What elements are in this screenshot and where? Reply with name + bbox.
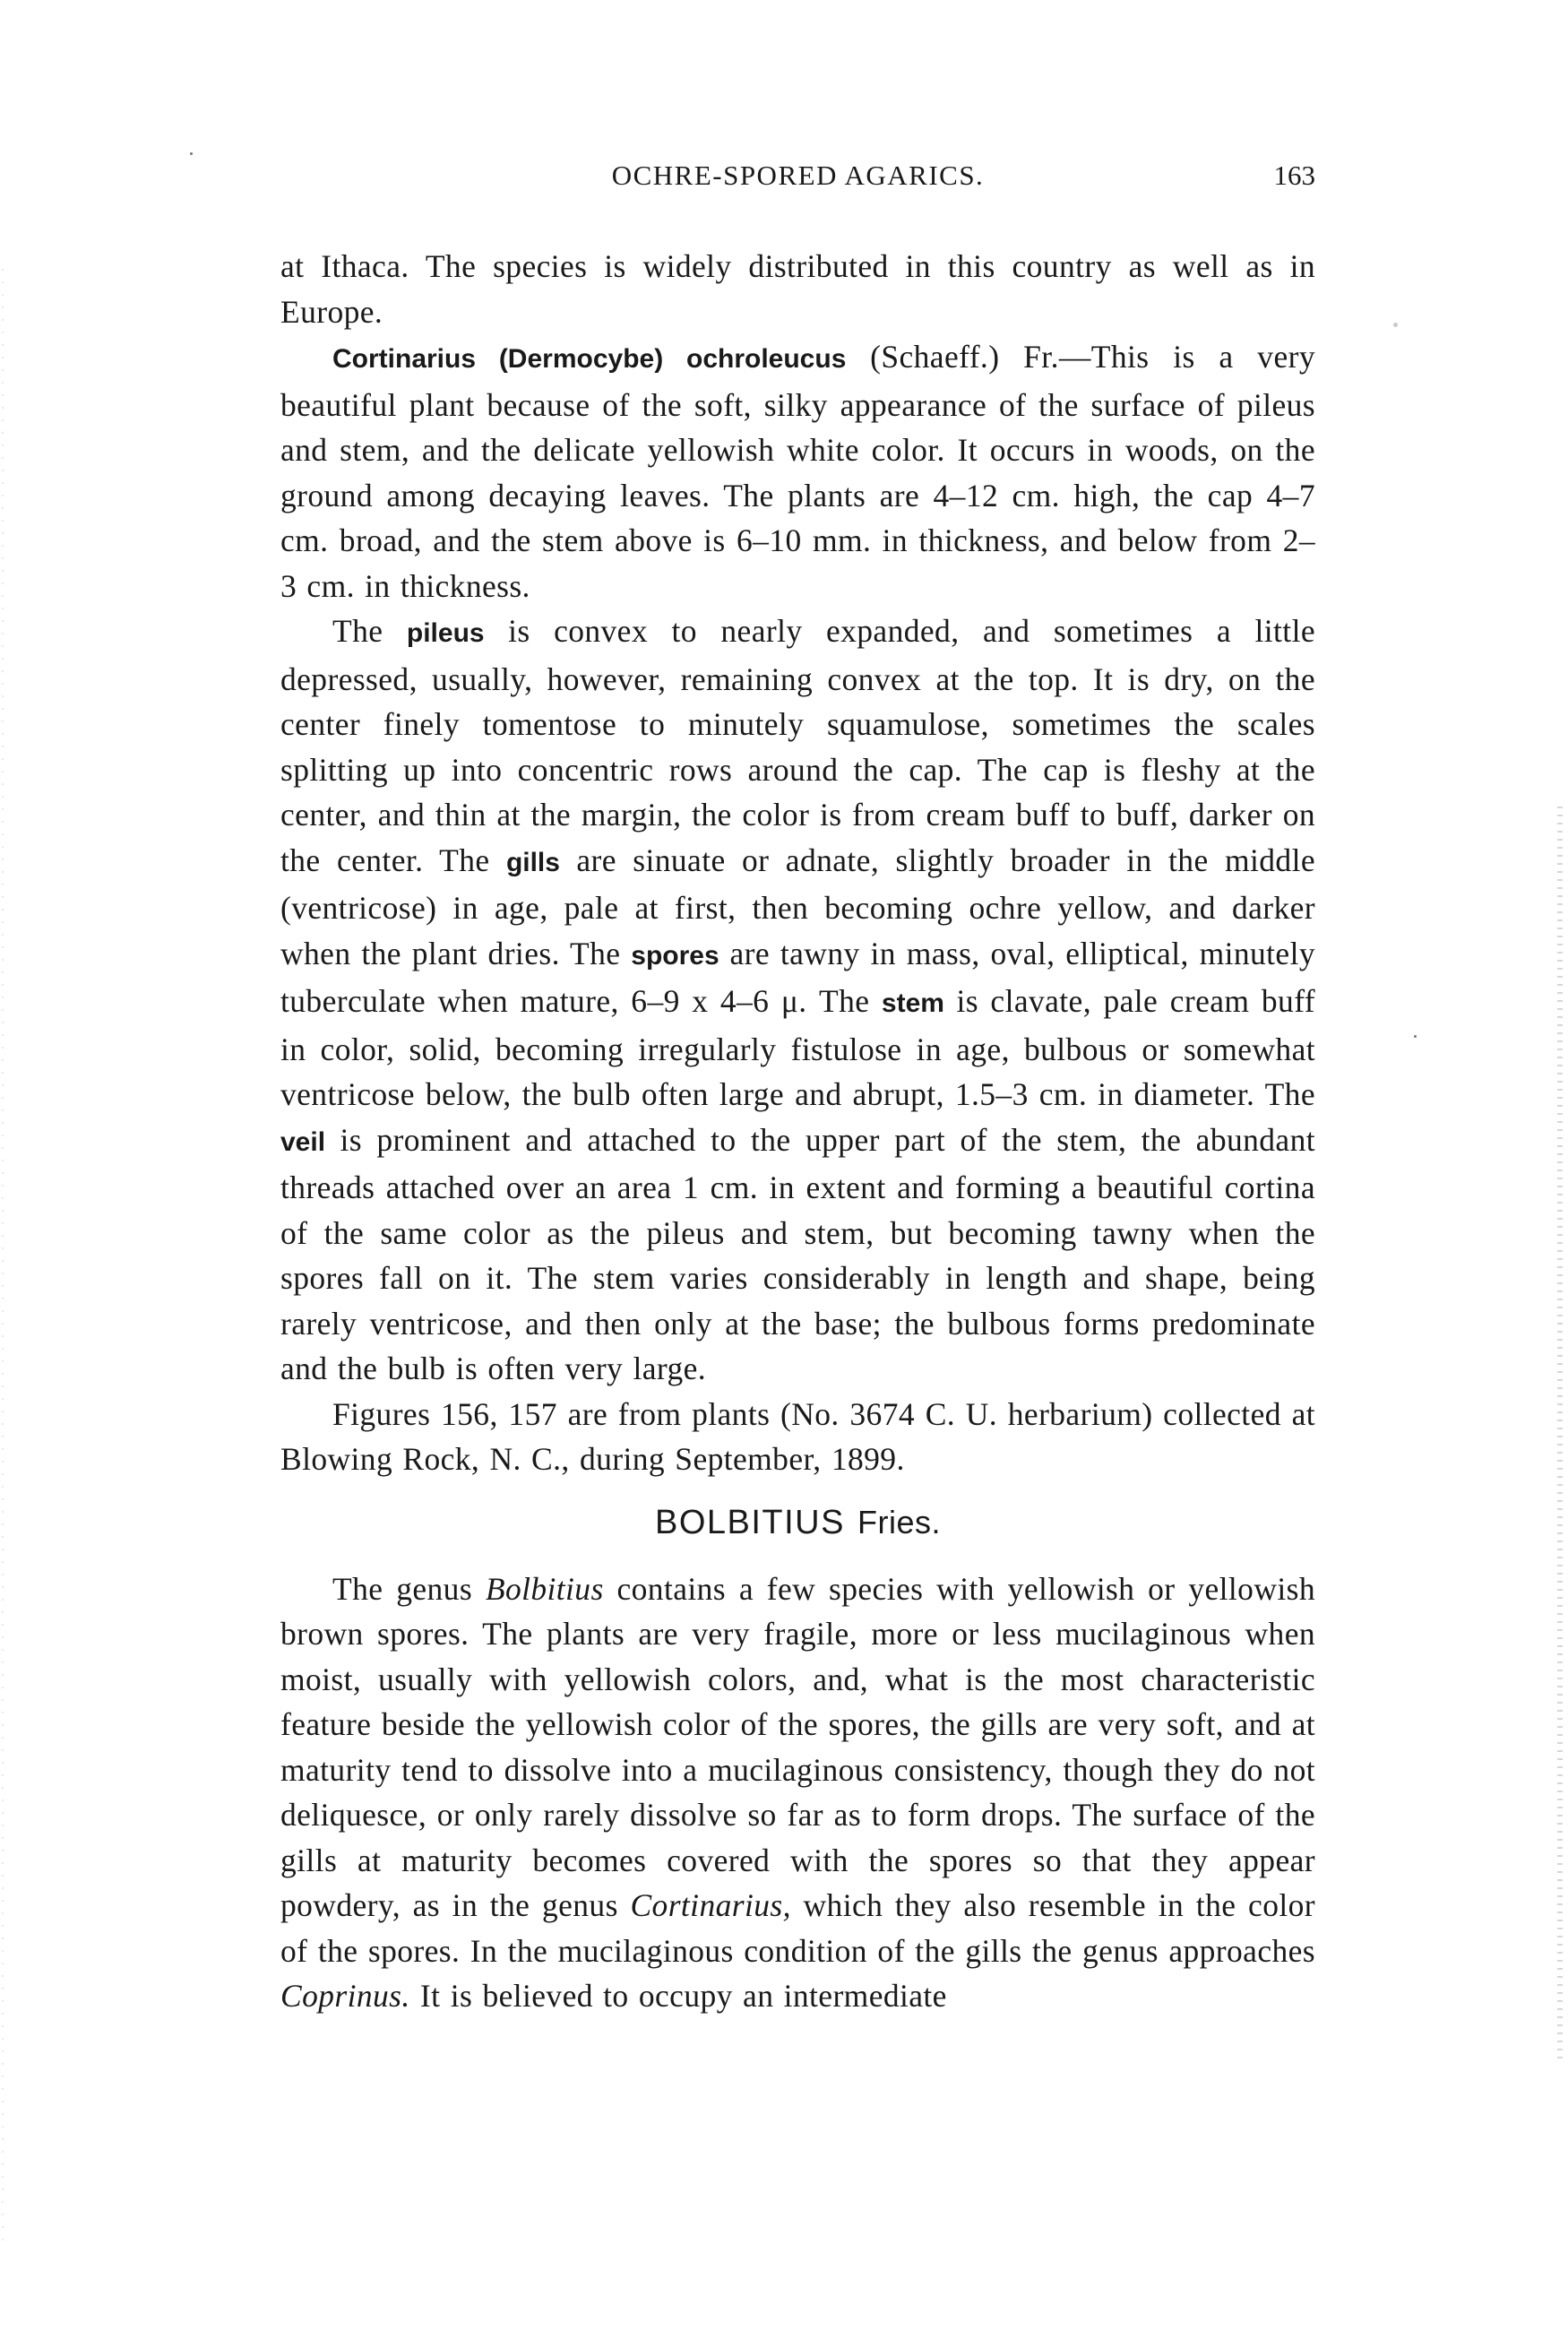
page-number: 163: [1274, 160, 1316, 192]
scan-speck: [190, 152, 193, 155]
text-run: contains a few species with yellowish or…: [280, 1571, 1315, 1924]
term-gills: gills: [506, 848, 560, 877]
text-run: The genus: [332, 1571, 486, 1607]
scan-speck: [1414, 1035, 1417, 1038]
paragraph-genus-description: The genus Bolbitius contains a few speci…: [280, 1566, 1315, 2019]
paragraph-morphology: The pileus is convex to nearly expanded,…: [280, 608, 1315, 1392]
term-spores: spores: [631, 941, 719, 971]
running-head: OCHRE-SPORED AGARICS.: [280, 160, 1315, 192]
genus-name-bolbitius: Bolbitius: [486, 1571, 604, 1607]
paragraph-text: (Schaeff.) Fr.—This is a very beautiful …: [280, 339, 1315, 604]
paragraph-continuation: at Ithaca. The species is widely distrib…: [280, 244, 1315, 334]
term-pileus: pileus: [407, 618, 485, 648]
scanned-book-page: OCHRE-SPORED AGARICS. 163 at Ithaca. The…: [0, 0, 1568, 2330]
text-run: It is believed to occupy an intermediate: [410, 1978, 947, 2014]
text-run: The: [332, 613, 407, 649]
paragraph-text: Figures 156, 157 are from plants (No. 36…: [280, 1396, 1315, 1478]
term-stem: stem: [882, 988, 944, 1018]
scan-left-edge-noise: [2, 269, 4, 2240]
paragraph-species-description: Cortinarius (Dermocybe) ochroleucus (Sch…: [280, 334, 1315, 608]
section-authority: Fries.: [857, 1504, 941, 1540]
genus-name-cortinarius: Cortinarius,: [630, 1887, 790, 1923]
section-title: BOLBITIUS: [655, 1504, 845, 1541]
text-run: is convex to nearly expanded, and someti…: [280, 613, 1315, 878]
section-heading: BOLBITIUS Fries.: [280, 1497, 1315, 1549]
page-header: OCHRE-SPORED AGARICS. 163: [280, 160, 1315, 204]
genus-name-coprinus: Coprinus.: [280, 1978, 410, 2014]
paragraph-figures-note: Figures 156, 157 are from plants (No. 36…: [280, 1392, 1315, 1482]
body-text: at Ithaca. The species is widely distrib…: [280, 244, 1315, 2019]
paragraph-text: at Ithaca. The species is widely distrib…: [280, 248, 1315, 330]
text-run: is prominent and attached to the upper p…: [280, 1122, 1315, 1387]
species-name: Cortinarius (Dermocybe) ochroleucus: [332, 344, 846, 374]
scan-speck: [1393, 323, 1398, 327]
scan-right-edge-noise: [1557, 807, 1563, 2061]
term-veil: veil: [280, 1127, 325, 1157]
